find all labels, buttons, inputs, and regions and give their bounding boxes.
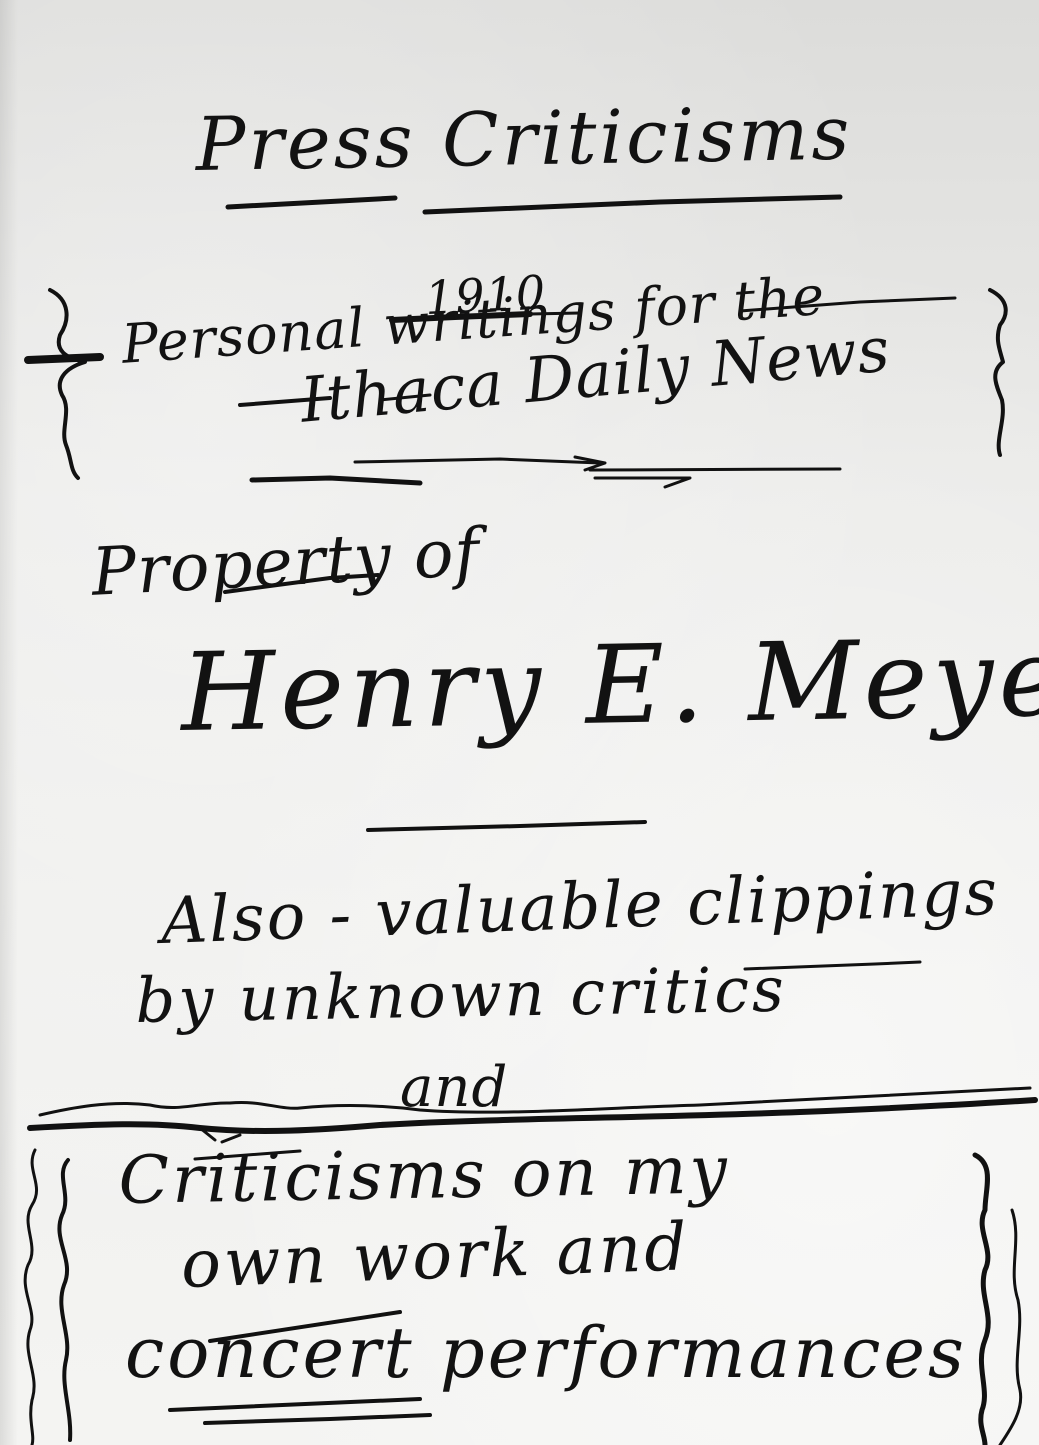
right-brace-icon: [990, 290, 1006, 455]
performances-double-underline-2: [205, 1415, 430, 1423]
owner-name-signature: Henry E. Meyer: [180, 624, 1039, 748]
newspaper-underline-arrow-3: [590, 469, 840, 470]
scanned-document-page: Press Criticisms 1910 Personal writings …: [0, 0, 1039, 1445]
page-title: Press Criticisms: [195, 97, 853, 182]
owner-name-underline: [368, 822, 645, 830]
divider-bold-bottom: [30, 1100, 1035, 1131]
property-of-label: Property of: [90, 520, 481, 606]
box-right-wavy-outer: [1000, 1210, 1021, 1445]
clippings-line-2: by unknown critics: [135, 959, 787, 1032]
title-underline-right: [425, 197, 840, 212]
left-brace-dash: [28, 357, 100, 360]
box-right-wavy-inner: [975, 1155, 988, 1445]
box-left-wavy-outer: [25, 1150, 36, 1445]
own-work-line-2: own work and: [180, 1214, 691, 1298]
own-work-line-1: Criticisms on my: [118, 1137, 730, 1214]
newspaper-underline-arrow-1: [355, 459, 600, 463]
left-brace-icon: [50, 290, 85, 478]
conjunction-and: and: [400, 1060, 508, 1116]
performances-double-underline-1: [170, 1399, 420, 1410]
box-left-wavy-inner: [59, 1160, 70, 1440]
clippings-line-1: Also - valuable clippings: [160, 861, 1000, 954]
divider-wavy-top: [40, 1088, 1030, 1115]
newspaper-underline-2: [252, 478, 420, 483]
title-underline-left: [228, 198, 395, 207]
own-work-line-3: concert performances: [125, 1318, 967, 1388]
